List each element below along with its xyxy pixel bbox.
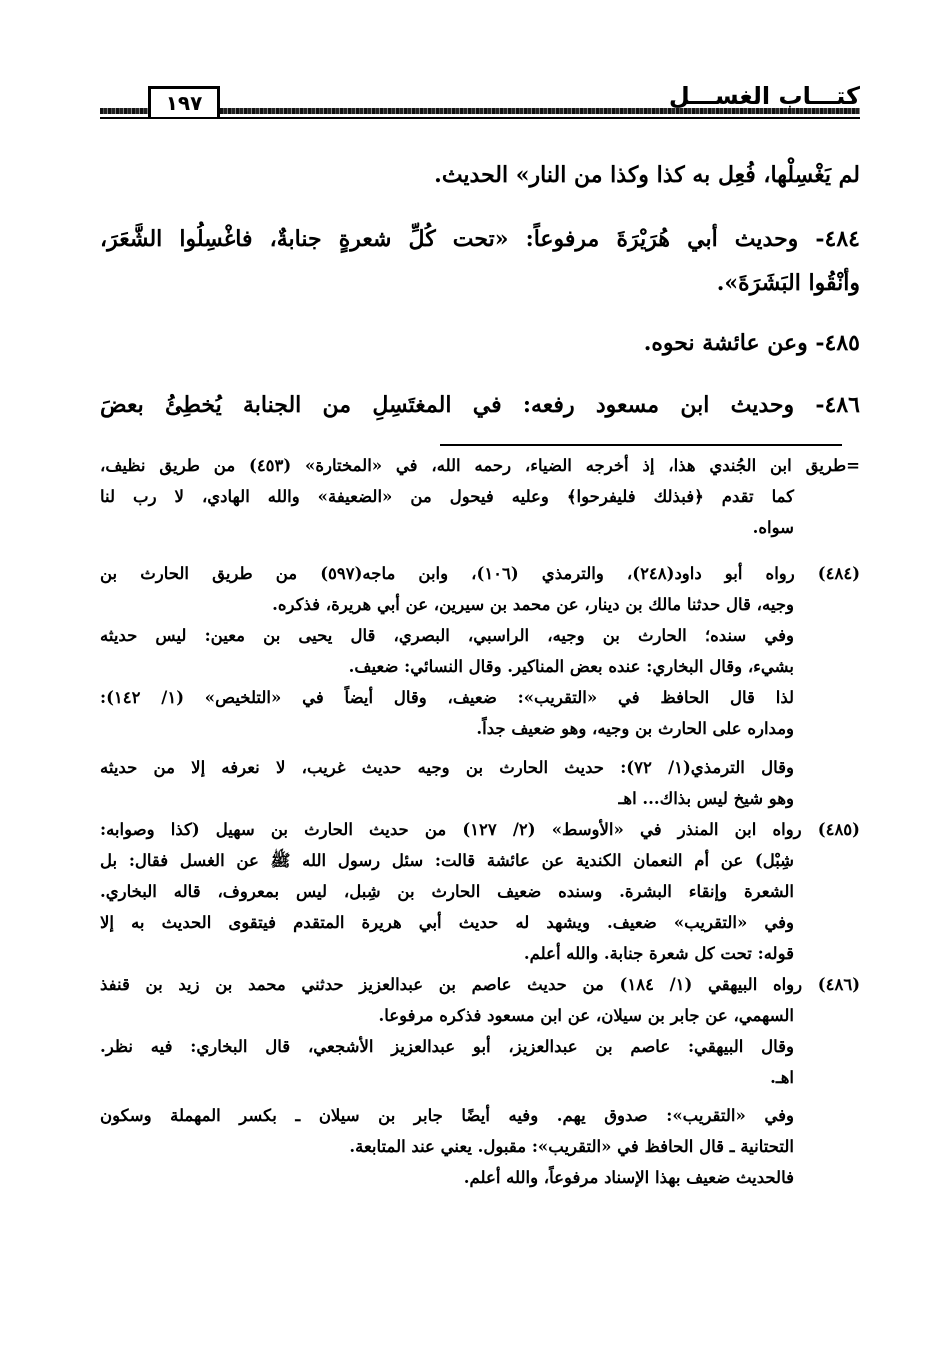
- footnote-485-line: وفي «التقريب» ضعيف. ويشهد له حديث أبي هر…: [100, 911, 794, 935]
- footnote-486-line: فالحديث ضعيف بهذا الإسناد مرفوعاً، والله…: [100, 1166, 794, 1190]
- footnote-line: =طريق ابن الجُندي هذا، إذ أخرجه الضياء، …: [100, 454, 860, 478]
- footnote-484-line: لذا قال الحافظ في «التقريب»: ضعيف، وقال …: [100, 686, 794, 710]
- footnote-485-line: الشعرة وإنقاء البشرة. وسنده ضعيف الحارث …: [100, 880, 794, 904]
- footnote-486-line: وفي «التقريب»: صدوق يهم. وفيه أيضًا جابر…: [100, 1104, 794, 1128]
- footnote-486-line: اهـ.: [100, 1066, 794, 1090]
- hadith-486-line: ٤٨٦- وحديث ابن مسعود رفعه: في المغتَسِلِ…: [100, 390, 860, 420]
- hadith-485-line: ٤٨٥- وعن عائشة نحوه.: [100, 328, 860, 358]
- footnote-486-line: السهمي، عن جابر بن سيلان، عن ابن مسعود ف…: [100, 1004, 794, 1028]
- footnote-484-line: وفي سنده؛ الحارث بن وجيه، الراسبي، البصر…: [100, 624, 794, 648]
- main-text-line: لم يَغْسِلْها، فُعِل به كذا وكذا من النا…: [100, 160, 860, 190]
- chapter-title: كتـــاب الغســـل: [669, 82, 860, 110]
- page-number: ١٩٧: [148, 86, 220, 117]
- footnote-486-line: (٤٨٦) رواه البيهقي (١/ ١٨٤) من حديث عاصم…: [100, 973, 860, 997]
- footnote-484-line: وهو شيخ ليس بذاك... اهـ: [100, 787, 794, 811]
- footnote-484-line: (٤٨٤) رواه أبو داود(٢٤٨)، والترمذي (١٠٦)…: [100, 562, 860, 586]
- footnote-484-line: بشيء، وقال البخاري: عنده بعض المناكير. و…: [100, 655, 794, 679]
- footnote-485-line: قوله: تحت كل شعرة جنابة. والله أعلم.: [100, 942, 794, 966]
- footnote-486-line: التحتانية ـ قال الحافظ في «التقريب»: مقب…: [100, 1135, 794, 1159]
- hadith-484-line: وأنْقُوا البَشَرَةَ».: [100, 268, 860, 298]
- footnote-485-line: (٤٨٥) رواه ابن المنذر في «الأوسط» (٢/ ١٢…: [100, 818, 860, 842]
- page-header: كتـــاب الغســـل ١٩٧: [100, 78, 860, 128]
- footnote-485-line: شِبْل) عن أم النعمان الكندية عن عائشة قا…: [100, 849, 794, 873]
- footnote-484-line: وجيه، قال حدثنا مالك بن دينار، عن محمد ب…: [100, 593, 794, 617]
- footnote-484-line: ومداره على الحارث بن وجيه، وهو ضعيف جداً…: [100, 717, 794, 741]
- footnote-484-line: وقال الترمذي(١/ ٧٢): حديث الحارث بن وجيه…: [100, 756, 794, 780]
- footnote-line: كما تقدم ﴿فبذلك فليفرحوا﴾ وعليه فيحول من…: [100, 485, 794, 509]
- footnote-separator: [440, 444, 842, 446]
- book-page: كتـــاب الغســـل ١٩٧ لم يَغْسِلْها، فُعِ…: [0, 0, 944, 1372]
- footnote-486-line: وقال البيهقي: عاصم بن عبدالعزيز، أبو عبد…: [100, 1035, 794, 1059]
- footnote-line: سواه.: [100, 516, 794, 540]
- header-rule: [100, 117, 860, 119]
- hadith-484-line: ٤٨٤- وحديث أبي هُرَيْرَةَ مرفوعاً: «تحت …: [100, 224, 860, 254]
